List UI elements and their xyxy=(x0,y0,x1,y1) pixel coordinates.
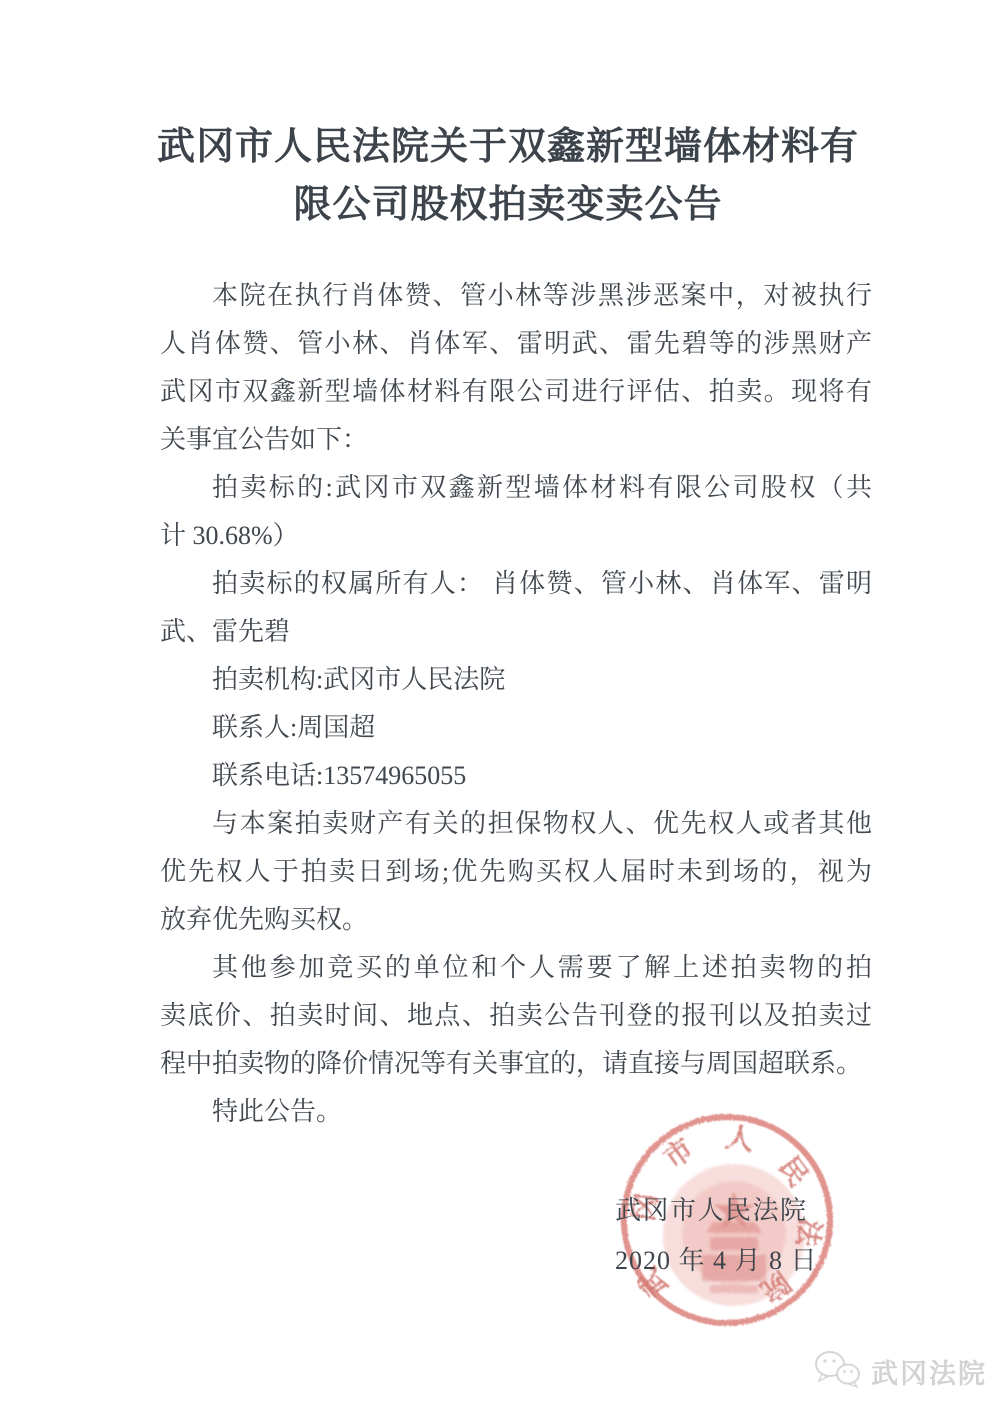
wechat-icon xyxy=(812,1348,864,1395)
watermark-label: 武冈法院 xyxy=(871,1352,987,1391)
body-line: 优先权人于拍卖日到场;优先购买权人届时未到场的，视为 xyxy=(160,848,872,896)
body-line: 计 30.68%） xyxy=(160,512,872,560)
document-title-line-2: 限公司股权拍卖变卖公告 xyxy=(150,176,866,234)
body-line: 其他参加竞买的单位和个人需要了解上述拍卖物的拍 xyxy=(160,944,872,992)
body-line: 拍卖机构:武冈市人民法院 xyxy=(160,656,872,704)
body-line: 放弃优先购买权。 xyxy=(160,896,872,944)
body-line: 程中拍卖物的降价情况等有关事宜的，请直接与周国超联系。 xyxy=(160,1040,872,1088)
body-line: 拍卖标的权属所有人： 肖体赞、管小林、肖体军、雷明 xyxy=(160,560,872,608)
body-line: 武冈市双鑫新型墙体材料有限公司进行评估、拍卖。现将有 xyxy=(160,368,872,416)
body-line: 人肖体赞、管小林、肖体军、雷明武、雷先碧等的涉黑财产 xyxy=(160,320,872,368)
document-title-line-1: 武冈市人民法院关于双鑫新型墙体材料有 xyxy=(150,118,866,176)
scanned-document-page: 武冈市人民法院关于双鑫新型墙体材料有 限公司股权拍卖变卖公告 本院在执行肖体赞、… xyxy=(0,0,1000,1414)
body-line: 关事宜公告如下： xyxy=(160,416,872,464)
body-line: 本院在执行肖体赞、管小林等涉黑涉恶案中，对被执行 xyxy=(160,272,872,320)
body-line: 联系电话:13574965055 xyxy=(160,752,872,800)
seal-char: 人 xyxy=(723,1121,756,1157)
signature-block: 武冈市人民法院 2020 年 4 月 8 日 xyxy=(615,1186,818,1286)
document-body: 本院在执行肖体赞、管小林等涉黑涉恶案中，对被执行人肖体赞、管小林、肖体军、雷明武… xyxy=(160,272,872,1136)
document-title: 武冈市人民法院关于双鑫新型墙体材料有 限公司股权拍卖变卖公告 xyxy=(150,118,866,234)
signature-date: 2020 年 4 月 8 日 xyxy=(615,1236,818,1286)
signature-court-name: 武冈市人民法院 xyxy=(615,1186,818,1236)
body-line: 与本案拍卖财产有关的担保物权人、优先权人或者其他 xyxy=(160,800,872,848)
body-line: 拍卖标的:武冈市双鑫新型墙体材料有限公司股权（共 xyxy=(160,464,872,512)
body-line: 联系人:周国超 xyxy=(160,704,872,752)
body-line: 卖底价、拍卖时间、地点、拍卖公告刊登的报刊以及拍卖过 xyxy=(160,992,872,1040)
wechat-watermark: 武冈法院 xyxy=(812,1348,987,1395)
body-line: 武、雷先碧 xyxy=(160,608,872,656)
